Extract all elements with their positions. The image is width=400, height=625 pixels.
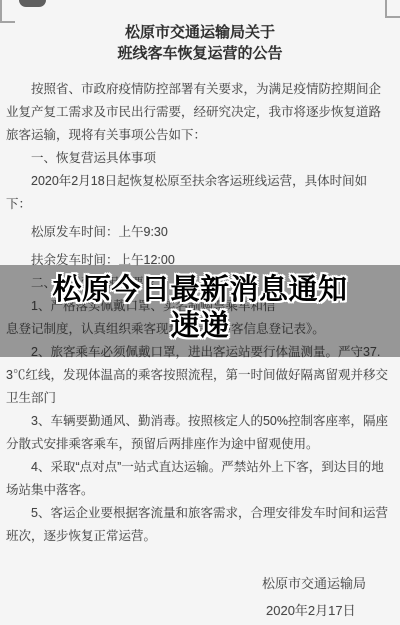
overlay-headline-line2: 速递 [0, 308, 400, 344]
notice-photo: 松原市交通运输局关于 班线客车恢复运营的公告 按照省、市政府疫情防控部署有关要求… [0, 0, 400, 625]
body-line: 5、客运企业要根据客流量和旅客需求，合理安徘发车时间和运营 [6, 502, 382, 525]
notice-title-line2: 班线客车恢复运营的公告 [0, 43, 400, 64]
body-line: 按照省、市政府疫情防控部署有关要求，为满足疫情防控期间企 [6, 78, 382, 101]
body-line: 卫生部门 [6, 387, 382, 410]
signature-block: 松原市交通运输局 2020年2月17日 [262, 570, 366, 624]
body-line: 旅客运输，现将有关事项公告如下： [6, 124, 382, 147]
overlay-headline: 松原今日最新消息通知 速递 [0, 272, 400, 344]
body-line: 下： [6, 193, 382, 216]
body-line: 场站集中落客。 [6, 479, 382, 502]
body-line: 3、车辆要勤通风、勤消毒。按照核定人的50%控制客座率，隔座 [6, 410, 382, 433]
body-line: 3℃红线，发现体温高的乘客按照流程，第一时间做好隔离留观并移交 [6, 364, 382, 387]
notice-title-line1: 松原市交通运输局关于 [0, 22, 400, 43]
top-pill-fragment [19, 0, 46, 7]
notice-title: 松原市交通运输局关于 班线客车恢复运营的公告 [0, 22, 400, 64]
overlay-headline-line1: 松原今日最新消息通知 [0, 272, 400, 308]
frame-corner-left-icon [0, 0, 15, 23]
signature-org: 松原市交通运输局 [262, 570, 366, 597]
body-line: 2020年2月18日起恢复松原至扶余客运班线运营，具体时间如 [6, 170, 382, 193]
body-line: 分散式安排乘客乘车，预留后两排座作为途中留观使用。 [6, 433, 382, 456]
body-line: 一、恢复营运具体事项 [6, 147, 382, 170]
body-line: 松原发车时间：上午9:30 [6, 221, 382, 244]
frame-corner-right-icon [385, 0, 400, 18]
body-line: 业复产复工需求及市民出行需要，经研究决定，我市将逐步恢复道路 [6, 101, 382, 124]
signature-date: 2020年2月17日 [262, 597, 366, 624]
body-line: 4、采取“点对点”一站式直达运输。严禁站外上下客，到达目的地 [6, 456, 382, 479]
body-line: 班次，逐步恢复正常运营。 [6, 525, 382, 548]
